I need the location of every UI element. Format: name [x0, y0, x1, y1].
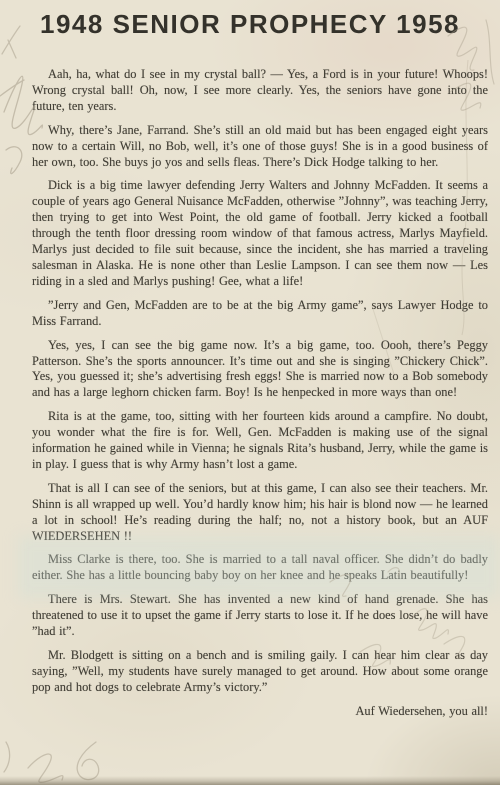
page-bottom-edge-shadow — [0, 776, 500, 785]
prophecy-paragraph: Rita is at the game, too, sitting with h… — [32, 409, 488, 473]
pencil-scribble-bottom-left — [4, 742, 99, 782]
prophecy-paragraph: That is all I can see of the seniors, bu… — [32, 481, 488, 545]
prophecy-paragraph: Yes, yes, I can see the big game now. It… — [32, 338, 488, 402]
yearbook-scan-page: 1948 SENIOR PROPHECY 1958 Aah, ha, what … — [0, 0, 500, 785]
prophecy-paragraph: Mr. Blodgett is sitting on a bench and i… — [32, 648, 488, 696]
prophecy-paragraph: Miss Clarke is there, too. She is marrie… — [32, 552, 488, 584]
prophecy-paragraph: There is Mrs. Stewart. She has invented … — [32, 592, 488, 640]
prophecy-paragraph: Aah, ha, what do I see in my crystal bal… — [32, 67, 488, 115]
page-title: 1948 SENIOR PROPHECY 1958 — [0, 9, 500, 40]
closing-line: Auf Wiedersehen, you all! — [32, 704, 488, 720]
prophecy-paragraph: Why, there’s Jane, Farrand. She’s still … — [32, 123, 488, 171]
prophecy-paragraph: Dick is a big time lawyer defending Jerr… — [32, 178, 488, 289]
prophecy-text-column: Aah, ha, what do I see in my crystal bal… — [0, 67, 500, 720]
prophecy-paragraph: ”Jerry and Gen, McFadden are to be at th… — [32, 298, 488, 330]
